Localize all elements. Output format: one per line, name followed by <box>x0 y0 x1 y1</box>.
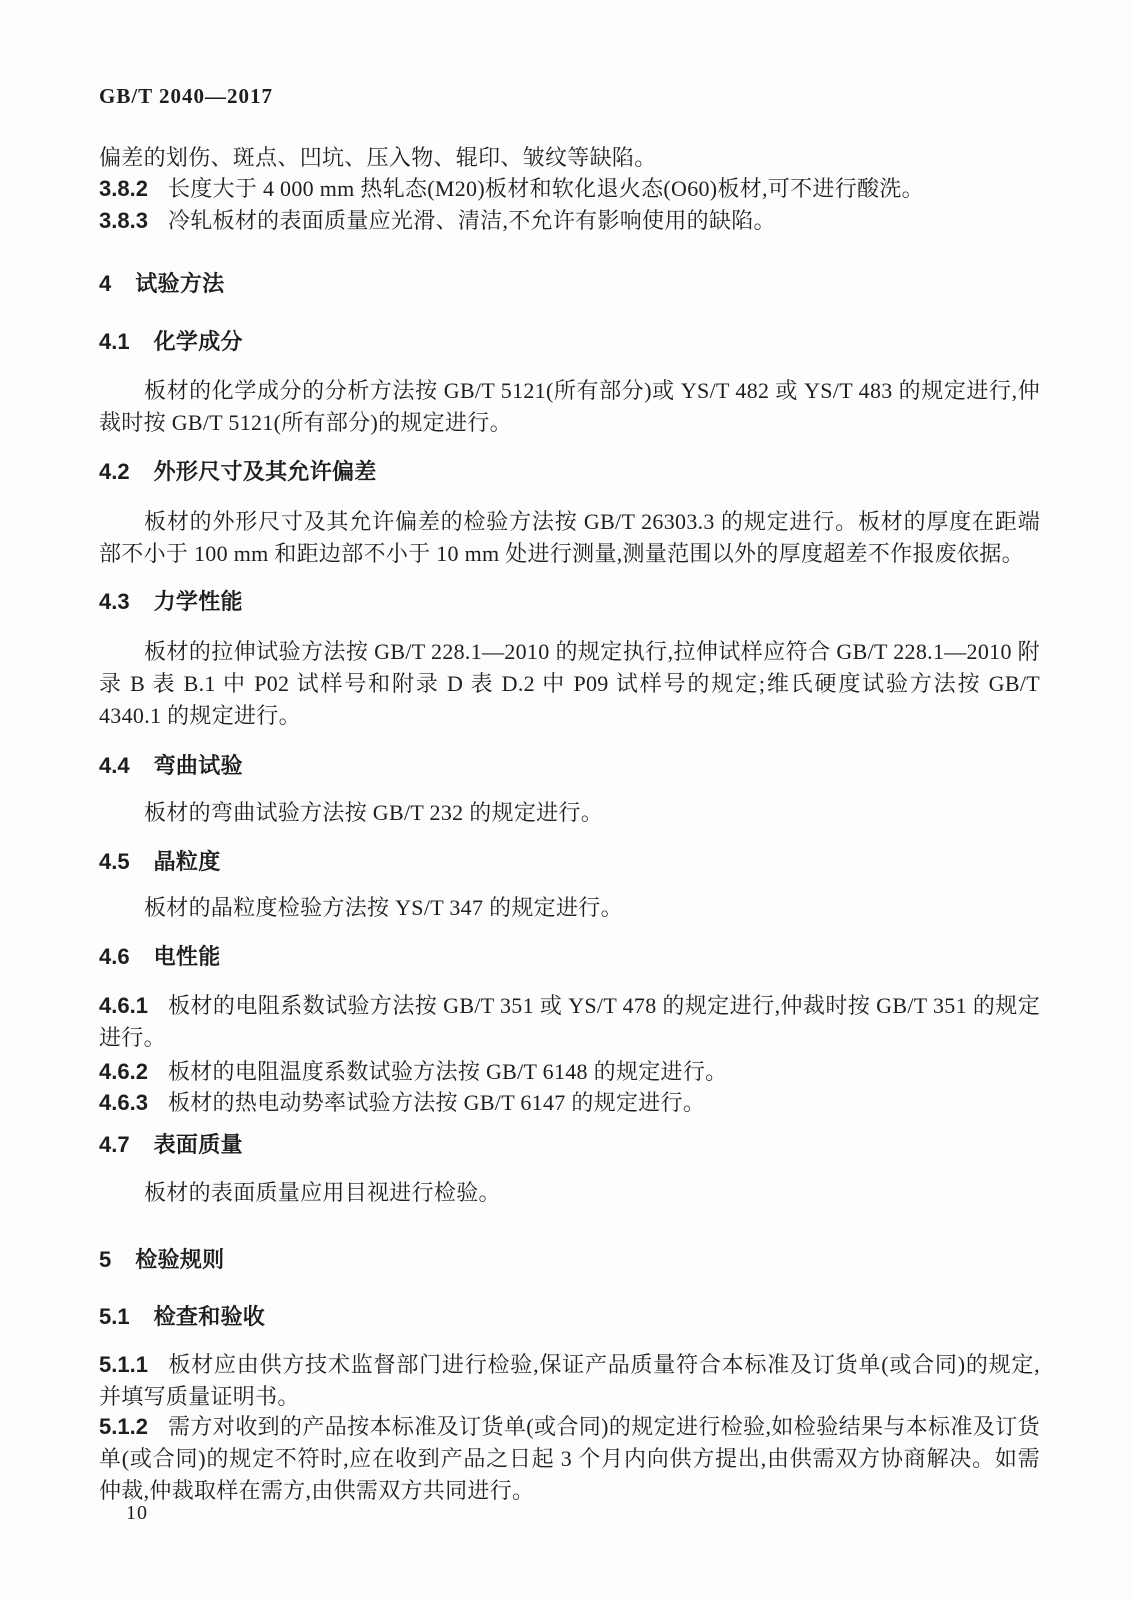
section-title: 外形尺寸及其允许偏差 <box>154 459 377 484</box>
section-heading-4-3: 4.3力学性能 <box>99 586 1040 618</box>
clause-5-1-1: 5.1.1板材应由供方技术监督部门进行检验,保证产品质量符合本标准及订货单(或合… <box>99 1349 1040 1413</box>
section-number: 4.5 <box>99 849 130 874</box>
clause-4-6-3: 4.6.3板材的热电动势率试验方法按 GB/T 6147 的规定进行。 <box>99 1087 1040 1119</box>
section-title: 试验方法 <box>135 271 224 296</box>
clause-text: 需方对收到的产品按本标准及订货单(或合同)的规定进行检验,如检验结果与本标准及订… <box>99 1414 1040 1503</box>
section-heading-4-6: 4.6电性能 <box>99 941 1040 973</box>
clause-3-8-2: 3.8.2长度大于 4 000 mm 热轧态(M20)板材和软化退火态(O60)… <box>99 173 1040 205</box>
section-heading-4-7: 4.7表面质量 <box>99 1129 1040 1161</box>
section-number: 4.6 <box>99 944 130 969</box>
clause-number: 3.8.3 <box>99 208 148 233</box>
clause-text: 板材的电阻系数试验方法按 GB/T 351 或 YS/T 478 的规定进行,仲… <box>99 993 1040 1050</box>
clause-number: 4.6.3 <box>99 1090 148 1115</box>
paragraph-4-3: 板材的拉伸试验方法按 GB/T 228.1—2010 的规定执行,拉伸试样应符合… <box>99 636 1040 732</box>
section-title: 晶粒度 <box>154 849 221 874</box>
section-number: 4.7 <box>99 1132 130 1157</box>
continuation-paragraph: 偏差的划伤、斑点、凹坑、压入物、辊印、皱纹等缺陷。 <box>99 142 1040 174</box>
clause-5-1-2: 5.1.2需方对收到的产品按本标准及订货单(或合同)的规定进行检验,如检验结果与… <box>99 1411 1040 1507</box>
clause-text: 冷轧板材的表面质量应光滑、清洁,不允许有影响使用的缺陷。 <box>168 208 776 233</box>
document-page: GB/T 2040—2017 偏差的划伤、斑点、凹坑、压入物、辊印、皱纹等缺陷。… <box>0 0 1131 1600</box>
paragraph-4-5: 板材的晶粒度检验方法按 YS/T 347 的规定进行。 <box>99 892 1040 924</box>
section-number: 4.2 <box>99 459 130 484</box>
section-title: 弯曲试验 <box>154 753 243 778</box>
paragraph-4-1: 板材的化学成分的分析方法按 GB/T 5121(所有部分)或 YS/T 482 … <box>99 375 1040 439</box>
section-title: 检查和验收 <box>154 1304 266 1329</box>
clause-text: 长度大于 4 000 mm 热轧态(M20)板材和软化退火态(O60)板材,可不… <box>168 176 924 201</box>
section-title: 力学性能 <box>154 589 243 614</box>
section-heading-4: 4试验方法 <box>99 268 1040 300</box>
clause-number: 5.1.1 <box>99 1352 148 1377</box>
clause-number: 5.1.2 <box>99 1414 148 1439</box>
paragraph-4-2: 板材的外形尺寸及其允许偏差的检验方法按 GB/T 26303.3 的规定进行。板… <box>99 506 1040 570</box>
standard-number-header: GB/T 2040—2017 <box>99 84 273 109</box>
section-title: 电性能 <box>154 944 221 969</box>
paragraph-4-4: 板材的弯曲试验方法按 GB/T 232 的规定进行。 <box>99 797 1040 829</box>
section-heading-5: 5检验规则 <box>99 1244 1040 1276</box>
section-heading-4-5: 4.5晶粒度 <box>99 846 1040 878</box>
section-title: 表面质量 <box>154 1132 243 1157</box>
section-number: 4.3 <box>99 589 130 614</box>
section-title: 化学成分 <box>154 329 243 354</box>
clause-4-6-1: 4.6.1板材的电阻系数试验方法按 GB/T 351 或 YS/T 478 的规… <box>99 990 1040 1054</box>
clause-4-6-2: 4.6.2板材的电阻温度系数试验方法按 GB/T 6148 的规定进行。 <box>99 1056 1040 1088</box>
section-title: 检验规则 <box>135 1247 224 1272</box>
clause-number: 4.6.2 <box>99 1059 148 1084</box>
section-heading-4-2: 4.2外形尺寸及其允许偏差 <box>99 456 1040 488</box>
section-number: 5 <box>99 1247 111 1272</box>
page-number: 10 <box>126 1502 148 1525</box>
clause-3-8-3: 3.8.3冷轧板材的表面质量应光滑、清洁,不允许有影响使用的缺陷。 <box>99 205 1040 237</box>
paragraph-4-7: 板材的表面质量应用目视进行检验。 <box>99 1177 1040 1209</box>
clause-text: 板材应由供方技术监督部门进行检验,保证产品质量符合本标准及订货单(或合同)的规定… <box>99 1352 1040 1409</box>
clause-number: 3.8.2 <box>99 176 148 201</box>
clause-text: 板材的热电动势率试验方法按 GB/T 6147 的规定进行。 <box>168 1090 705 1115</box>
section-heading-5-1: 5.1检查和验收 <box>99 1301 1040 1333</box>
section-number: 4 <box>99 271 111 296</box>
section-heading-4-4: 4.4弯曲试验 <box>99 750 1040 782</box>
section-number: 4.4 <box>99 753 130 778</box>
section-number: 5.1 <box>99 1304 130 1329</box>
clause-number: 4.6.1 <box>99 993 148 1018</box>
section-heading-4-1: 4.1化学成分 <box>99 326 1040 358</box>
section-number: 4.1 <box>99 329 130 354</box>
clause-text: 板材的电阻温度系数试验方法按 GB/T 6148 的规定进行。 <box>168 1059 728 1084</box>
